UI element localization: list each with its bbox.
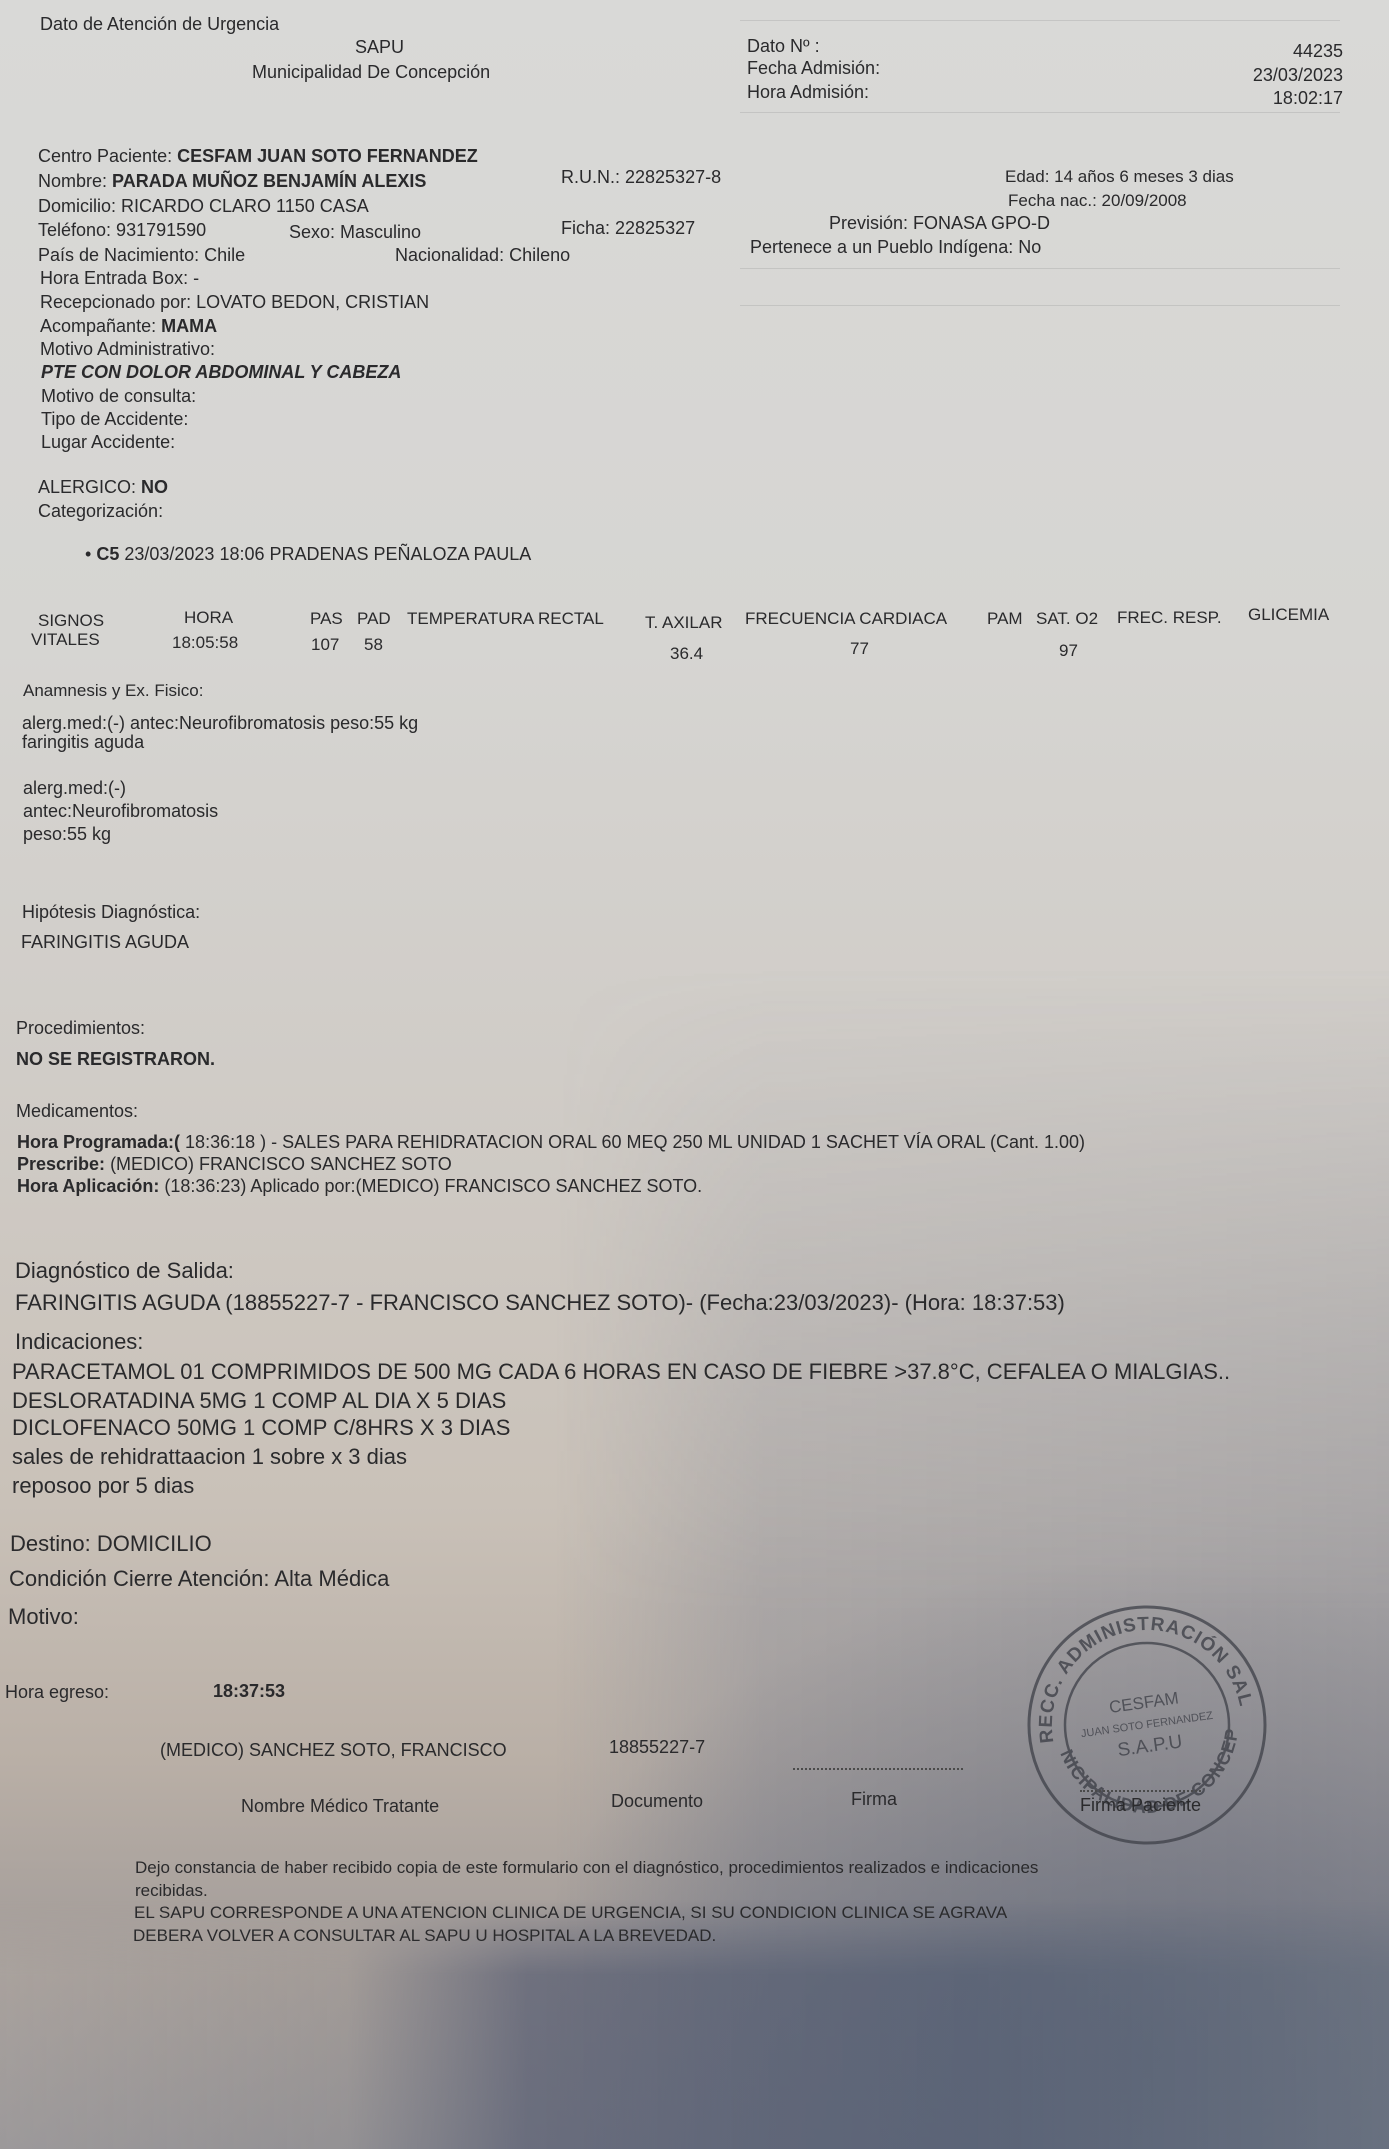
motivo-cierre: Motivo:: [8, 1603, 79, 1631]
fecha-admision-label: Fecha Admisión:: [747, 57, 880, 79]
tipo-accidente: Tipo de Accidente:: [41, 408, 188, 430]
divider: [740, 112, 1340, 113]
nombre-paciente: Nombre: PARADA MUÑOZ BENJAMÍN ALEXIS: [38, 170, 426, 192]
documento-label: Documento: [611, 1790, 703, 1812]
indicacion-item: PARACETAMOL 01 COMPRIMIDOS DE 500 MG CAD…: [12, 1358, 1230, 1386]
vitals-header-pam: PAM: [987, 608, 1023, 630]
firma-line: [793, 1768, 963, 1770]
ficha: Ficha: 22825327: [561, 217, 695, 239]
firma-label: Firma: [851, 1788, 897, 1810]
diagnostico-salida-value: FARINGITIS AGUDA (18855227-7 - FRANCISCO…: [15, 1289, 1065, 1317]
centro-paciente: Centro Paciente: CESFAM JUAN SOTO FERNAN…: [38, 145, 478, 167]
recepcionado-por: Recepcionado por: LOVATO BEDON, CRISTIAN: [40, 291, 429, 313]
medicamentos-label: Medicamentos:: [16, 1100, 138, 1122]
pueblo-indigena: Pertenece a un Pueblo Indígena: No: [750, 236, 1041, 258]
divider: [740, 305, 1340, 306]
alergico: ALERGICO: NO: [38, 476, 168, 498]
diagnostico-salida-label: Diagnóstico de Salida:: [15, 1257, 234, 1285]
medicamento-hora-aplicacion: Hora Aplicación: (18:36:23) Aplicado por…: [17, 1175, 702, 1197]
hora-admision-value: 18:02:17: [1143, 87, 1343, 109]
dato-label: Dato Nº :: [747, 35, 820, 57]
nacionalidad: Nacionalidad: Chileno: [395, 244, 570, 266]
categorizacion-label: Categorización:: [38, 500, 163, 522]
vitals-header-sat-o2: SAT. O2: [1036, 608, 1098, 630]
vitals-header-pad: PAD: [357, 608, 391, 630]
indicacion-item: sales de rehidrattaacion 1 sobre x 3 dia…: [12, 1443, 407, 1471]
official-stamp-icon: DIRECC. ADMINISTRACIÓN SALUD I. MUNICIPA…: [1006, 1584, 1288, 1866]
centro-label: Centro Paciente:: [38, 146, 172, 166]
nombre-label: Nombre:: [38, 171, 107, 191]
constancia-text-cont: recibidas.: [135, 1880, 208, 1902]
constancia-text: Dejo constancia de haber recibido copia …: [135, 1857, 1038, 1879]
svg-text:CESFAM: CESFAM: [1108, 1688, 1180, 1717]
domicilio: Domicilio: RICARDO CLARO 1150 CASA: [38, 195, 369, 217]
medicamento-hora-programada: Hora Programada:( 18:36:18 ) - SALES PAR…: [17, 1131, 1085, 1153]
prescribe-value: (MEDICO) FRANCISCO SANCHEZ SOTO: [105, 1154, 452, 1174]
indicaciones-label: Indicaciones:: [15, 1328, 143, 1356]
medicamento-prescribe: Prescribe: (MEDICO) FRANCISCO SANCHEZ SO…: [17, 1153, 452, 1175]
fecha-admision-value: 23/03/2023: [1143, 64, 1343, 86]
hora-admision-label: Hora Admisión:: [747, 81, 869, 103]
anamnesis-line: antec:Neurofibromatosis: [23, 800, 218, 822]
medico-tratante: (MEDICO) SANCHEZ SOTO, FRANCISCO: [160, 1739, 507, 1761]
municipality-name: Municipalidad De Concepción: [252, 61, 490, 83]
pais-nacimiento: País de Nacimiento: Chile: [38, 244, 245, 266]
motivo-administrativo-value: PTE CON DOLOR ABDOMINAL Y CABEZA: [41, 361, 401, 383]
hora-programada-label: Hora Programada:(: [17, 1132, 180, 1152]
destino: Destino: DOMICILIO: [10, 1530, 212, 1558]
sexo: Sexo: Masculino: [289, 221, 421, 243]
dato-number: 44235: [1143, 40, 1343, 62]
alergico-label: ALERGICO:: [38, 477, 136, 497]
hora-aplicacion-value: (18:36:23) Aplicado por:(MEDICO) FRANCIS…: [159, 1176, 702, 1196]
vitals-header-frec-resp: FREC. RESP.: [1117, 607, 1222, 629]
aviso-line-2: DEBERA VOLVER A CONSULTAR AL SAPU U HOSP…: [133, 1925, 716, 1947]
vitals-header-glicemia: GLICEMIA: [1248, 604, 1329, 626]
indicacion-item: reposoo por 5 dias: [12, 1472, 194, 1500]
aviso-line-1: EL SAPU CORRESPONDE A UNA ATENCION CLINI…: [134, 1902, 1007, 1924]
acompanante: Acompañante: MAMA: [40, 315, 217, 337]
telefono: Teléfono: 931791590: [38, 219, 206, 241]
hora-egreso-value: 18:37:53: [213, 1680, 285, 1702]
vitals-header-frec-cardiaca: FRECUENCIA CARDIACA: [745, 608, 947, 630]
institution-name: SAPU: [355, 36, 404, 58]
hora-programada-value: 18:36:18 ) - SALES PARA REHIDRATACION OR…: [180, 1132, 1085, 1152]
lugar-accidente: Lugar Accidente:: [41, 431, 175, 453]
svg-text:S.A.P.U: S.A.P.U: [1116, 1731, 1183, 1761]
procedimientos-value: NO SE REGISTRARON.: [16, 1048, 215, 1070]
hora-entrada-box: Hora Entrada Box: -: [40, 267, 199, 289]
vitals-header-t-axilar: T. AXILAR: [645, 612, 722, 634]
hora-egreso-label: Hora egreso:: [5, 1681, 109, 1703]
edad: Edad: 14 años 6 meses 3 dias: [1005, 166, 1234, 188]
vitals-sat-o2: 97: [1059, 640, 1078, 662]
hipotesis-value: FARINGITIS AGUDA: [21, 931, 189, 953]
vitals-header-pas: PAS: [310, 608, 343, 630]
anamnesis-line: faringitis aguda: [22, 731, 144, 753]
vitals-hora: 18:05:58: [172, 632, 238, 654]
nombre-value: PARADA MUÑOZ BENJAMÍN ALEXIS: [112, 171, 426, 191]
anamnesis-line: alerg.med:(-): [23, 777, 126, 799]
centro-value: CESFAM JUAN SOTO FERNANDEZ: [177, 146, 478, 166]
nombre-medico-label: Nombre Médico Tratante: [241, 1795, 439, 1817]
anamnesis-line: peso:55 kg: [23, 823, 111, 845]
procedimientos-label: Procedimientos:: [16, 1017, 145, 1039]
alergico-value: NO: [141, 477, 168, 497]
categorizacion-item: • C5 23/03/2023 18:06 PRADENAS PEÑALOZA …: [85, 543, 531, 565]
documento-medico: 18855227-7: [609, 1736, 705, 1758]
motivo-administrativo-label: Motivo Administrativo:: [40, 338, 215, 360]
divider: [740, 268, 1340, 269]
vitals-pas: 107: [311, 634, 339, 656]
indicacion-item: DESLORATADINA 5MG 1 COMP AL DIA X 5 DIAS: [12, 1387, 506, 1415]
run: R.U.N.: 22825327-8: [561, 166, 721, 188]
vitals-frec-cardiaca: 77: [850, 638, 869, 660]
vitals-header-temp-rectal: TEMPERATURA RECTAL: [407, 608, 604, 630]
hora-aplicacion-label: Hora Aplicación:: [17, 1176, 159, 1196]
vitals-header-hora: HORA: [184, 607, 233, 629]
vitals-pad: 58: [364, 634, 383, 656]
condicion-cierre: Condición Cierre Atención: Alta Médica: [9, 1565, 389, 1593]
acompanante-value: MAMA: [161, 316, 217, 336]
bullet-icon: •: [85, 544, 91, 564]
indicacion-item: DICLOFENACO 50MG 1 COMP C/8HRS X 3 DIAS: [12, 1414, 510, 1442]
vitals-t-axilar: 36.4: [670, 643, 703, 665]
vitals-title-2: VITALES: [31, 629, 100, 651]
anamnesis-label: Anamnesis y Ex. Fisico:: [23, 680, 203, 702]
form-title: Dato de Atención de Urgencia: [40, 13, 279, 35]
prescribe-label: Prescribe:: [17, 1154, 105, 1174]
hipotesis-label: Hipótesis Diagnóstica:: [22, 901, 200, 923]
motivo-consulta: Motivo de consulta:: [41, 385, 196, 407]
prevision: Previsión: FONASA GPO-D: [829, 212, 1050, 234]
fecha-nacimiento: Fecha nac.: 20/09/2008: [1008, 190, 1187, 212]
firma-paciente-label: Firma Paciente: [1080, 1790, 1201, 1816]
categorizacion-code: C5: [96, 544, 119, 564]
divider: [740, 20, 1340, 21]
categorizacion-detail: 23/03/2023 18:06 PRADENAS PEÑALOZA PAULA: [124, 544, 531, 564]
acompanante-label: Acompañante:: [40, 316, 156, 336]
